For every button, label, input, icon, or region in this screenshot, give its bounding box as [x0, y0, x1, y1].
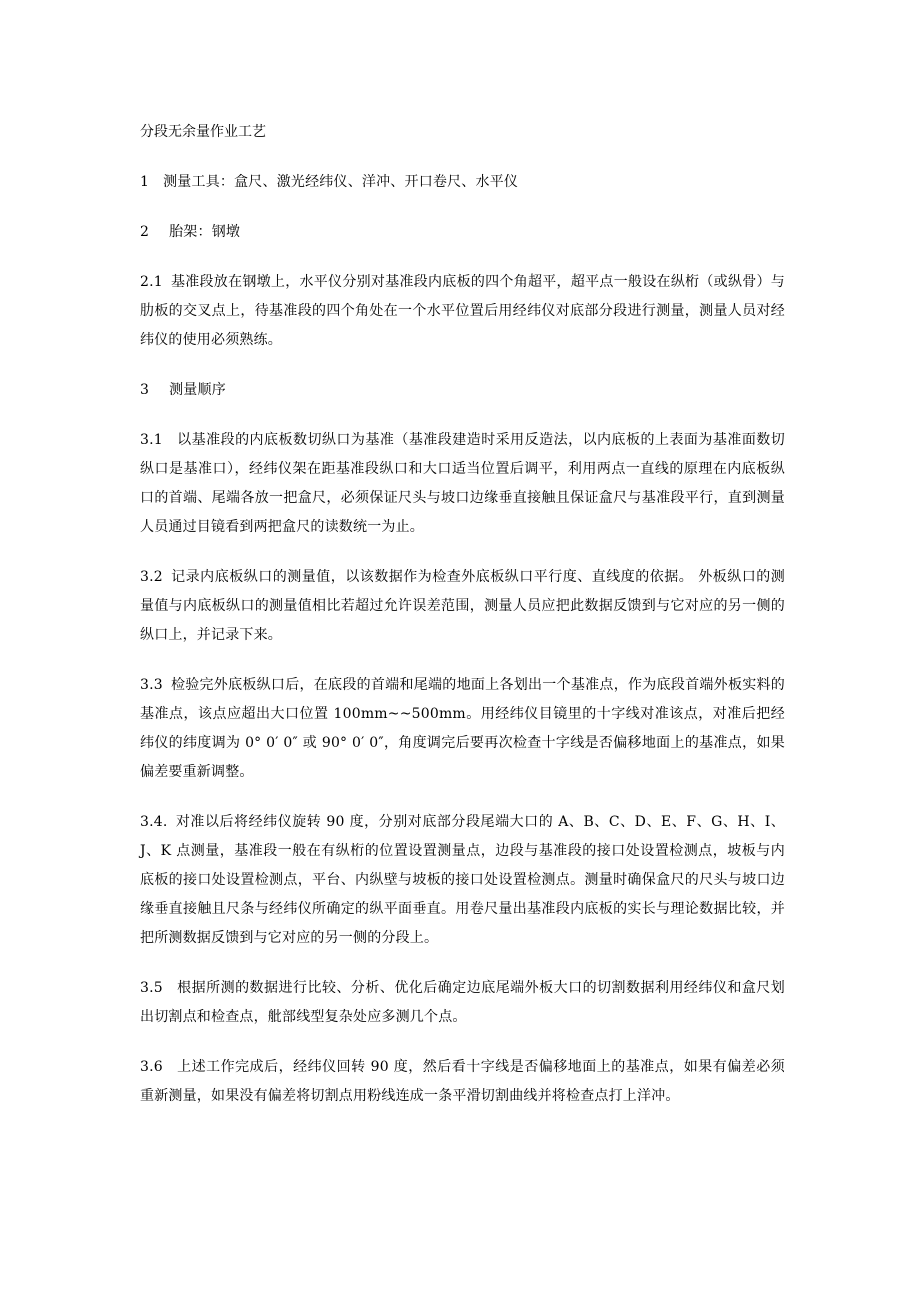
- section-number: 1: [140, 168, 149, 197]
- section-number: 2: [140, 218, 149, 247]
- section-number: 3.1: [140, 426, 163, 455]
- section-number: 3.3: [140, 671, 163, 700]
- section-number: 2.1: [140, 268, 163, 297]
- section-text: 对准以后将经纬仪旋转 90 度，分别对底部分段尾端大口的 A、B、C、D、E、F…: [140, 814, 785, 946]
- section-text: 胎架：钢墩: [169, 224, 240, 240]
- section-3-5: 3.5根据所测的数据进行比较、分析、优化后确定边底尾端外板大口的切割数据利用经纬…: [140, 974, 785, 1032]
- section-text: 根据所测的数据进行比较、分析、优化后确定边底尾端外板大口的切割数据利用经纬仪和盒…: [140, 980, 785, 1025]
- section-number: 3.4.: [140, 808, 168, 837]
- section-3: 3测量顺序: [140, 376, 785, 405]
- section-text: 检验完外底板纵口后，在底段的首端和尾端的地面上各划出一个基准点，作为底段首端外板…: [140, 677, 785, 780]
- section-3-2: 3.2记录内底板纵口的测量值，以该数据作为检查外底板纵口平行度、直线度的依据。 …: [140, 563, 785, 650]
- document-title: 分段无余量作业工艺: [140, 118, 785, 146]
- section-text: 基准段放在钢墩上，水平仪分别对基准段内底板的四个角超平，超平点一般设在纵桁（或纵…: [140, 274, 785, 348]
- section-3-3: 3.3检验完外底板纵口后，在底段的首端和尾端的地面上各划出一个基准点，作为底段首…: [140, 671, 785, 787]
- section-number: 3.2: [140, 563, 163, 592]
- section-text: 上述工作完成后，经纬仪回转 90 度，然后看十字线是否偏移地面上的基准点，如果有…: [140, 1059, 785, 1104]
- section-number: 3.6: [140, 1053, 163, 1082]
- document-page: 分段无余量作业工艺 1测量工具：盒尺、激光经纬仪、洋冲、开口卷尺、水平仪 2胎架…: [140, 118, 785, 1132]
- section-text: 记录内底板纵口的测量值，以该数据作为检查外底板纵口平行度、直线度的依据。 外板纵…: [140, 569, 785, 643]
- section-3-4: 3.4.对准以后将经纬仪旋转 90 度，分别对底部分段尾端大口的 A、B、C、D…: [140, 808, 785, 953]
- section-2-1: 2.1基准段放在钢墩上，水平仪分别对基准段内底板的四个角超平，超平点一般设在纵桁…: [140, 268, 785, 355]
- section-text: 以基准段的内底板数切纵口为基准（基准段建造时采用反造法，以内底板的上表面为基准面…: [140, 432, 785, 535]
- section-2: 2胎架：钢墩: [140, 218, 785, 247]
- section-text: 测量顺序: [169, 382, 226, 398]
- section-3-6: 3.6上述工作完成后，经纬仪回转 90 度，然后看十字线是否偏移地面上的基准点，…: [140, 1053, 785, 1111]
- section-1: 1测量工具：盒尺、激光经纬仪、洋冲、开口卷尺、水平仪: [140, 168, 785, 197]
- section-number: 3: [140, 376, 149, 405]
- section-text: 测量工具：盒尺、激光经纬仪、洋冲、开口卷尺、水平仪: [163, 174, 518, 190]
- section-number: 3.5: [140, 974, 163, 1003]
- section-3-1: 3.1以基准段的内底板数切纵口为基准（基准段建造时采用反造法，以内底板的上表面为…: [140, 426, 785, 542]
